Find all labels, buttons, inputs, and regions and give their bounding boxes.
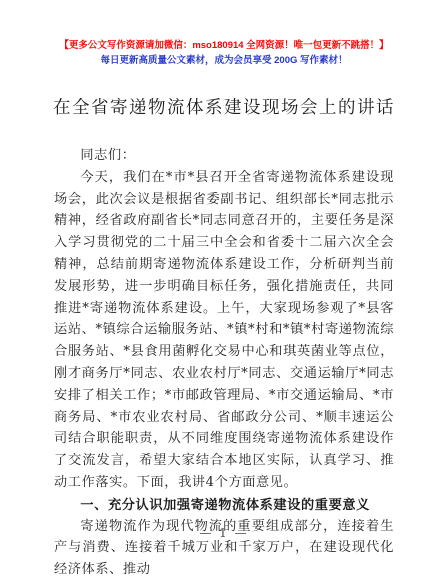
section-heading-1: 一、充分认识加强寄递物流体系建设的重要意义 [54, 494, 394, 516]
promo-banner: 【更多公文写作资源请加微信：mso180914 全网资源！唯一包更新不跳搭！】 … [0, 0, 448, 68]
promo-banner-line1: 【更多公文写作资源请加微信：mso180914 全网资源！唯一包更新不跳搭！】 [0, 38, 448, 53]
salutation: 同志们： [54, 145, 394, 167]
page-number: — 1 — [0, 526, 448, 540]
document-page: 【更多公文写作资源请加微信：mso180914 全网资源！唯一包更新不跳搭！】 … [0, 0, 448, 580]
document-title: 在全省寄递物流体系建设现场会上的讲话 [0, 94, 448, 119]
document-body: 同志们： 今天，我们在*市*县召开全省寄递物流体系建设现场会，此次会议是根据省委… [54, 145, 394, 580]
body-paragraph-1: 今天，我们在*市*县召开全省寄递物流体系建设现场会，此次会议是根据省委副书记、组… [54, 167, 394, 494]
promo-banner-line2: 每日更新高质量公文素材，成为会员享受 200G 写作素材！ [0, 53, 448, 68]
